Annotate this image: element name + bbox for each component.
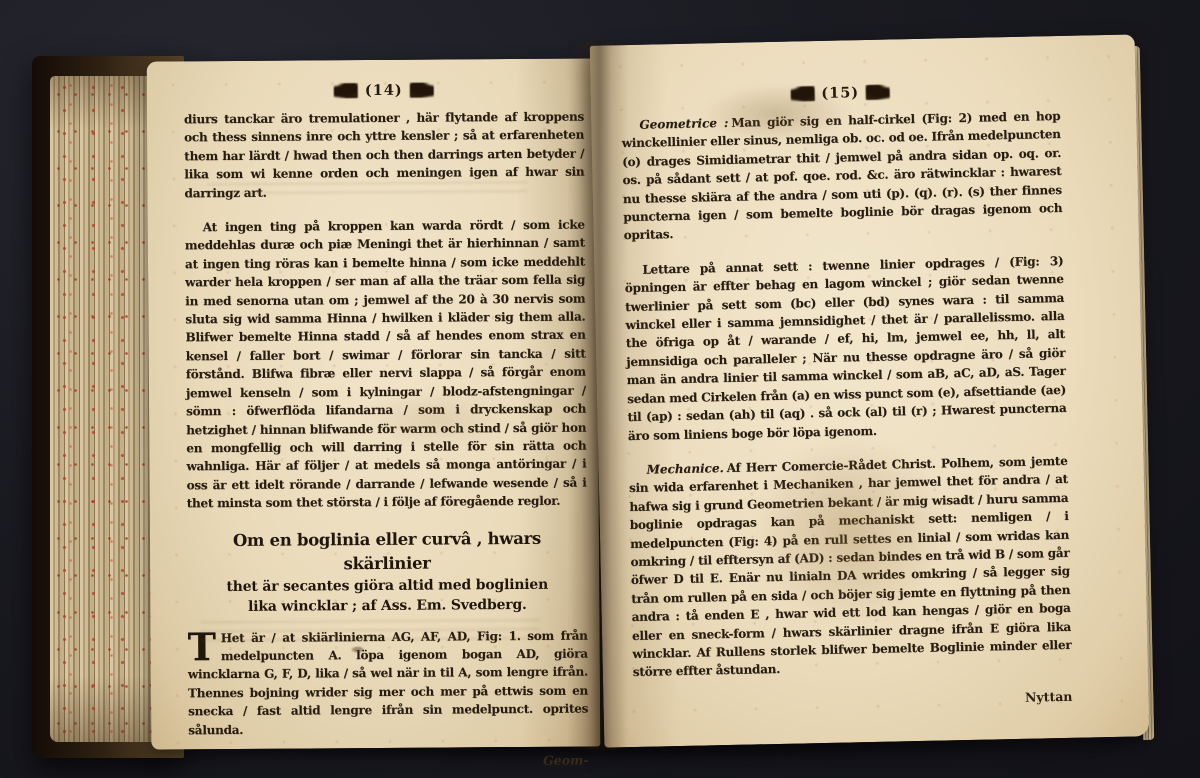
book-photograph: (14) diurs tanckar äro tremulationer , h… — [0, 0, 1200, 778]
printers-flower-icon — [866, 85, 890, 100]
paragraph-text: Het är / at skiärlinierna AG, AF, AD, Fi… — [188, 628, 588, 737]
left-page-header: (14) — [184, 81, 584, 101]
paragraph: Mechanice.Af Herr Comercie-Rådet Christ.… — [628, 452, 1072, 682]
left-page: (14) diurs tanckar äro tremulationer , h… — [147, 58, 601, 749]
section-heading: Om en boglinia eller curvâ , hwars skärl… — [187, 526, 588, 617]
heading-line: thet är secantes giöra altid med boglini… — [187, 574, 587, 597]
paragraph: At ingen ting på kroppen kan warda rördt… — [185, 216, 587, 513]
right-page-number: (15) — [821, 84, 859, 102]
printers-flower-icon — [410, 83, 434, 98]
printers-flower-icon — [334, 83, 358, 98]
heading-line: lika wincklar ; af Ass. Em. Svedberg. — [187, 594, 587, 617]
paragraph: THet är / at skiärlinierna AG, AF, AD, F… — [188, 626, 589, 739]
printers-flower-icon — [790, 86, 814, 101]
open-book: (14) diurs tanckar äro tremulationer , h… — [0, 0, 1200, 778]
catchword: Nyttan — [633, 689, 1072, 713]
paragraph: diurs tanckar äro tremulationer , här fl… — [184, 108, 585, 203]
heading-line: Om en boglinia eller curvâ , hwars skärl… — [187, 526, 587, 577]
left-page-number: (14) — [365, 82, 403, 99]
ink-smudge — [351, 646, 365, 653]
right-page: (15) Geometrice :Man giör sig en half-ci… — [590, 34, 1150, 747]
paragraph: Lettare på annat sett : twenne linier op… — [624, 252, 1067, 445]
paragraph: Geometrice :Man giör sig en half-cirkel … — [621, 107, 1063, 245]
paragraph-text: Af Herr Comercie-Rådet Christ. Polhem, s… — [629, 454, 1072, 680]
paragraph-lead-word: Geometrice : — [639, 116, 731, 132]
right-page-header: (15) — [621, 80, 1060, 106]
drop-cap-letter: T — [188, 629, 221, 663]
paragraph-lead-word: Mechanice. — [646, 461, 726, 477]
catchword: Geom- — [188, 752, 588, 770]
